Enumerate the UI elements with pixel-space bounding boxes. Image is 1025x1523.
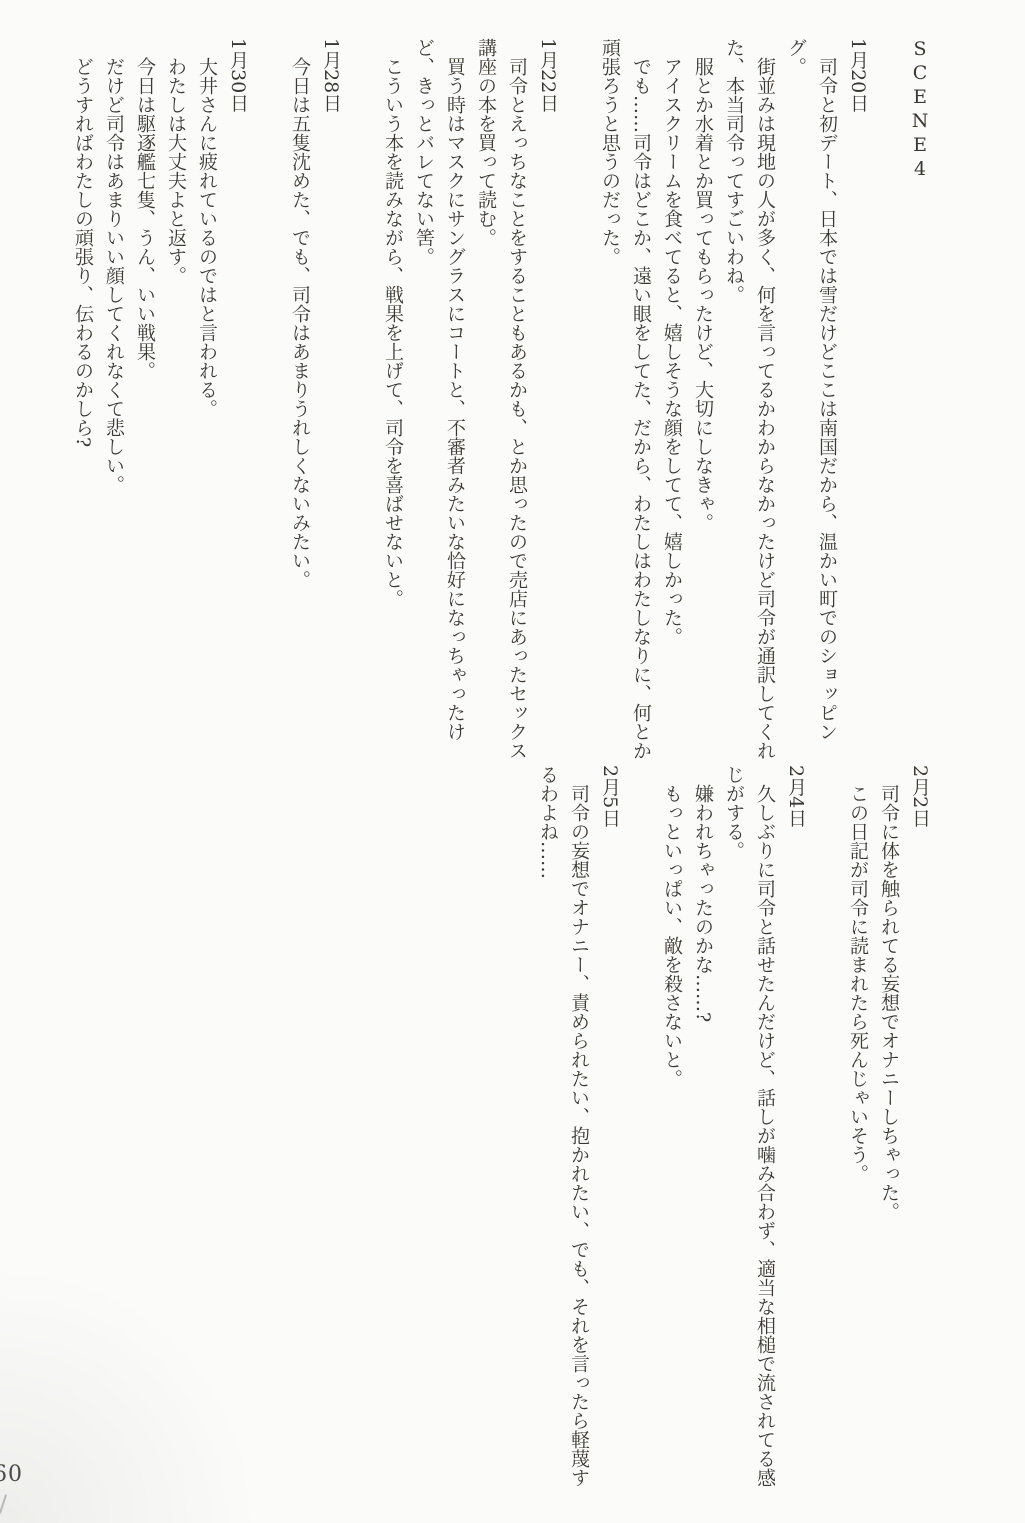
- page-number: 60: [0, 1462, 23, 1487]
- diary-paragraph: アイスクリームを食べてると、嬉しそうな顔をしてて、嬉しかった。: [656, 38, 687, 760]
- diary-paragraph: どうすればわたしの頑張り、伝わるのかしら?: [67, 38, 98, 760]
- diary-paragraph: こういう本を読みながら、戦果を上げて、司令を喜ばせないと。: [377, 38, 408, 760]
- entry-date-jan22: 1月22日: [532, 38, 563, 760]
- scene-heading: SCENE4: [904, 38, 935, 760]
- entry-date-jan30: 1月30日: [222, 38, 253, 760]
- diary-paragraph: 司令と初デート、日本では雪だけどここは南国だから、温かい町でのショッピング。: [780, 38, 842, 760]
- diary-paragraph: だけど司令はあまりいい顔してくれなくて悲しい。: [98, 38, 129, 760]
- diary-paragraph: 司令に体を触られてる妄想でオナニーしちゃった。: [873, 765, 904, 1487]
- diary-paragraph: この日記が司令に読まれたら死んじゃいそう。: [842, 765, 873, 1487]
- diary-band-january: SCENE4 1月20日 司令と初デート、日本では雪だけどここは南国だから、温か…: [67, 38, 935, 760]
- diary-paragraph: 久しぶりに司令と話せたんだけど、話しが噛み合わず、適当な相槌で流されてる感じがす…: [718, 765, 780, 1487]
- diary-paragraph: 買う時はマスクにサングラスにコートと、不審者みたいな恰好になっちゃったけど、きっ…: [408, 38, 470, 760]
- diary-paragraph: 大井さんに疲れているのではと言われる。: [191, 38, 222, 760]
- diary-paragraph: 司令とえっちなことをすることもあるかも、とか思ったので売店にあったセックス講座の…: [470, 38, 532, 760]
- entry-date-feb4: 2月4日: [780, 765, 811, 1487]
- diary-paragraph: 服とか水着とか買ってもらったけど、大切にしなきゃ。: [687, 38, 718, 760]
- diary-paragraph: わたしは大丈夫よと返す。: [160, 38, 191, 760]
- entry-date-feb2: 2月2日: [904, 765, 935, 1487]
- diary-paragraph: 司令の妄想でオナニー、責められたい、抱かれたい、でも、それを言ったら軽蔑するわよ…: [532, 765, 594, 1487]
- diary-paragraph: 嫌われちゃったのかな……?: [687, 765, 718, 1487]
- diary-band-february: 2月2日 司令に体を触られてる妄想でオナニーしちゃった。 この日記が司令に読まれ…: [532, 765, 935, 1487]
- diary-page: SCENE4 1月20日 司令と初デート、日本では雪だけどここは南国だから、温か…: [0, 0, 1025, 1523]
- scan-artifact: [0, 1494, 7, 1514]
- entry-date-jan20: 1月20日: [842, 38, 873, 760]
- diary-paragraph: 街並みは現地の人が多く、何を言ってるかわからなかったけど司令が通訳してくれた、本…: [718, 38, 780, 760]
- diary-paragraph: でも……司令はどこか、遠い眼をしてた、だから、わたしはわたしなりに、何とか頑張ろ…: [594, 38, 656, 760]
- diary-paragraph: 今日は駆逐艦七隻、うん、いい戦果。: [129, 38, 160, 760]
- entry-date-feb5: 2月5日: [594, 765, 625, 1487]
- diary-paragraph: もっといっぱい、敵を殺さないと。: [656, 765, 687, 1487]
- diary-paragraph: 今日は五隻沈めた、でも、司令はあまりうれしくないみたい。: [284, 38, 315, 760]
- entry-date-jan28: 1月28日: [315, 38, 346, 760]
